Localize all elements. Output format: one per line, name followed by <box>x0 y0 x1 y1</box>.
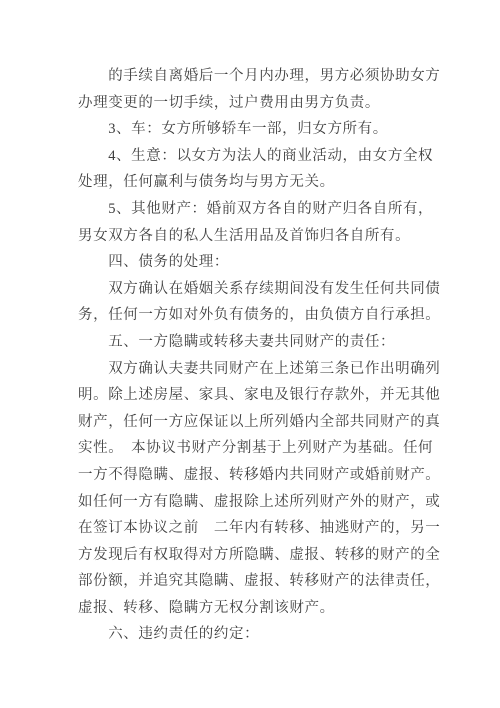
document-line: 一方不得隐瞒、虚报、转移婚内共同财产或婚前财产。 <box>78 462 450 489</box>
document-line: 双方确认在婚姻关系存续期间没有发生任何共同债 <box>78 276 450 303</box>
document-line: 明。除上述房屋、家具、家电及银行存款外，并无其他 <box>78 382 450 409</box>
document-line: 实性。 本协议书财产分割基于上列财产为基础。任何 <box>78 435 450 462</box>
document-line: 四、债务的处理： <box>78 249 450 276</box>
document-line: 务，任何一方如对外负有债务的，由负债方自行承担。 <box>78 302 450 329</box>
document-line: 男女双方各自的私人生活用品及首饰归各自所有。 <box>78 223 450 250</box>
document-line: 处理，任何赢利与债务均与男方无关。 <box>78 169 450 196</box>
document-line: 六、违约责任的约定： <box>78 621 450 648</box>
document-line: 的手续自离婚后一个月内办理，男方必须协助女方 <box>78 63 450 90</box>
document-text-block: 的手续自离婚后一个月内办理，男方必须协助女方 办理变更的一切手续，过户费用由男方… <box>78 63 450 648</box>
document-line: 3、车：女方所够轿车一部，归女方所有。 <box>78 116 450 143</box>
document-line: 部份额，并追究其隐瞒、虚报、转移财产的法律责任， <box>78 568 450 595</box>
document-line: 五、一方隐瞒或转移夫妻共同财产的责任： <box>78 329 450 356</box>
document-line: 双方确认夫妻共同财产在上述第三条已作出明确列 <box>78 356 450 383</box>
document-line: 如任何一方有隐瞒、虚报除上述所列财产外的财产，或 <box>78 489 450 516</box>
document-line: 方发现后有权取得对方所隐瞒、虚报、转移的财产的全 <box>78 542 450 569</box>
document-line: 在签订本协议之前 二年内有转移、抽逃财产的，另一 <box>78 515 450 542</box>
document-line: 办理变更的一切手续，过户费用由男方负责。 <box>78 90 450 117</box>
document-line: 5、其他财产：婚前双方各自的财产归各自所有， <box>78 196 450 223</box>
document-line: 财产，任何一方应保证以上所列婚内全部共同财产的真 <box>78 409 450 436</box>
document-line: 虚报、转移、隐瞒方无权分割该财产。 <box>78 595 450 622</box>
document-page: 的手续自离婚后一个月内办理，男方必须协助女方 办理变更的一切手续，过户费用由男方… <box>0 0 500 708</box>
document-line: 4、生意：以女方为法人的商业活动，由女方全权 <box>78 143 450 170</box>
